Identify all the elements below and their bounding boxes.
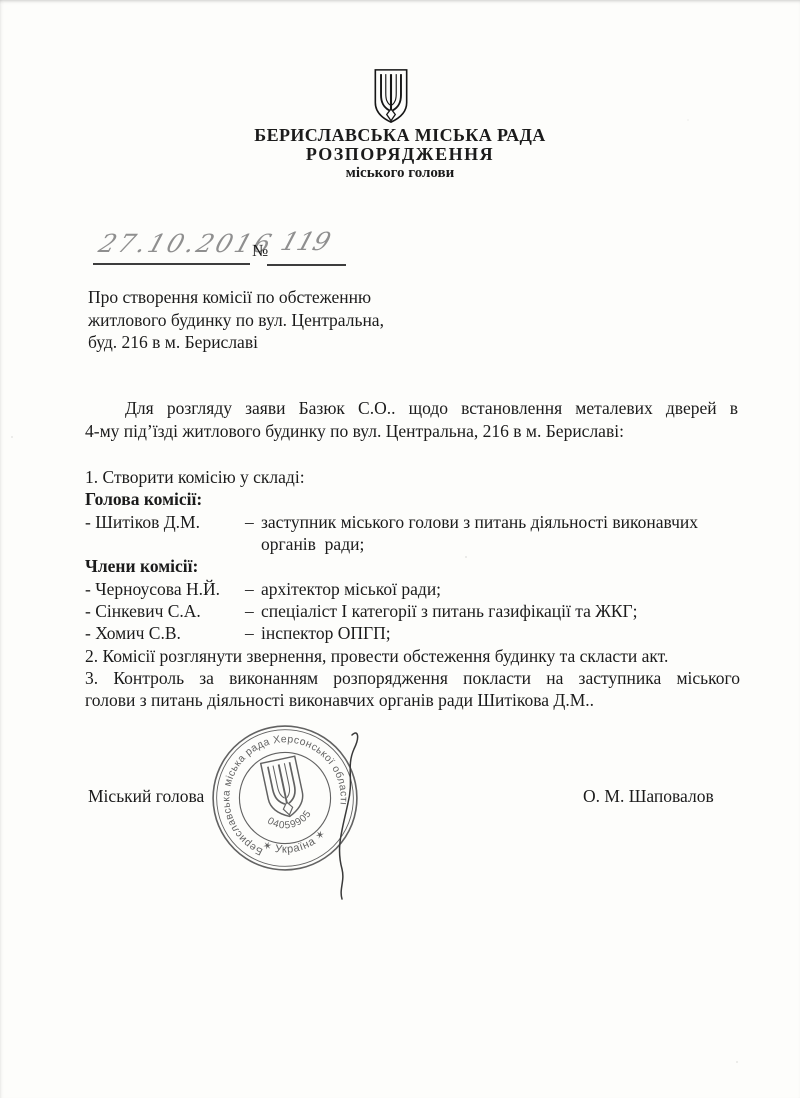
member-role: спеціаліст І категорії з питань газифіка… [261,600,740,622]
order-item-3-line2: голови з питань діяльності виконавчих ор… [85,689,740,711]
commission-member-row: - Сінкевич С.А. – спеціаліст І категорії… [85,600,740,622]
signatory-name: О. М. Шаповалов [583,786,714,807]
member-role: архітектор міської ради; [261,578,740,600]
document-type-title: РОЗПОРЯДЖЕННЯ [0,144,800,165]
commission-member-row: - Черноусова Н.Й. – архітектор міської р… [85,578,740,600]
member-name: - Сінкевич С.А. [85,600,245,622]
handwritten-date: 27.10.2016 [95,229,278,258]
handwritten-number: 119 [277,227,334,256]
svg-text:04059905: 04059905 [264,807,317,836]
order-items: 1. Створити комісію у складі: Голова ком… [85,466,740,712]
stamp-code-text: 04059905 [264,807,317,836]
number-underline [267,264,346,266]
member-name: - Шитіков Д.М. [85,511,245,556]
dash-separator: – [245,511,261,556]
commission-members-label: Члени комісії: [85,555,740,577]
member-name: - Черноусова Н.Й. [85,578,245,600]
subject-line: житлового будинку по вул. Центральна, [88,309,384,332]
commission-head-label: Голова комісії: [85,488,740,510]
intro-line: 4-му під’їзді житлового будинку по вул. … [85,420,738,443]
dash-separator: – [245,600,261,622]
commission-head-row: - Шитіков Д.М. – заступник міського голо… [85,511,740,556]
dash-separator: – [245,622,261,644]
organization-title: БЕРИСЛАВСЬКА МІСЬКА РАДА [0,125,800,146]
order-item-1: 1. Створити комісію у складі: [85,466,740,488]
pen-signature-stroke [318,723,370,905]
order-item-3-line1: 3. Контроль за виконанням розпорядження … [85,667,740,689]
member-role: інспектор ОПГП; [261,622,740,644]
subject-block: Про створення комісії по обстеженню житл… [88,286,384,354]
signatory-position: Міський голова [88,786,204,807]
subject-line: Про створення комісії по обстеженню [88,286,384,309]
member-role: заступник міського голови з питань діяль… [261,511,740,556]
order-item-2: 2. Комісії розглянути звернення, провест… [85,645,740,667]
commission-member-row: - Хомич С.В. – інспектор ОПГП; [85,622,740,644]
number-label: № [252,241,268,261]
stamp-trident-icon [261,756,307,820]
scanned-document-page: БЕРИСЛАВСЬКА МІСЬКА РАДА РОЗПОРЯДЖЕННЯ м… [0,0,800,1098]
dash-separator: – [245,578,261,600]
date-underline [93,263,250,265]
intro-line: Для розгляду заяви Базюк С.О.. щодо вста… [85,397,738,420]
subject-line: буд. 216 в м. Бериславі [88,331,384,354]
member-name: - Хомич С.В. [85,622,245,644]
intro-paragraph: Для розгляду заяви Базюк С.О.. щодо вста… [85,397,738,443]
document-subtitle: міського голови [0,165,800,182]
trident-emblem-icon [372,67,410,125]
